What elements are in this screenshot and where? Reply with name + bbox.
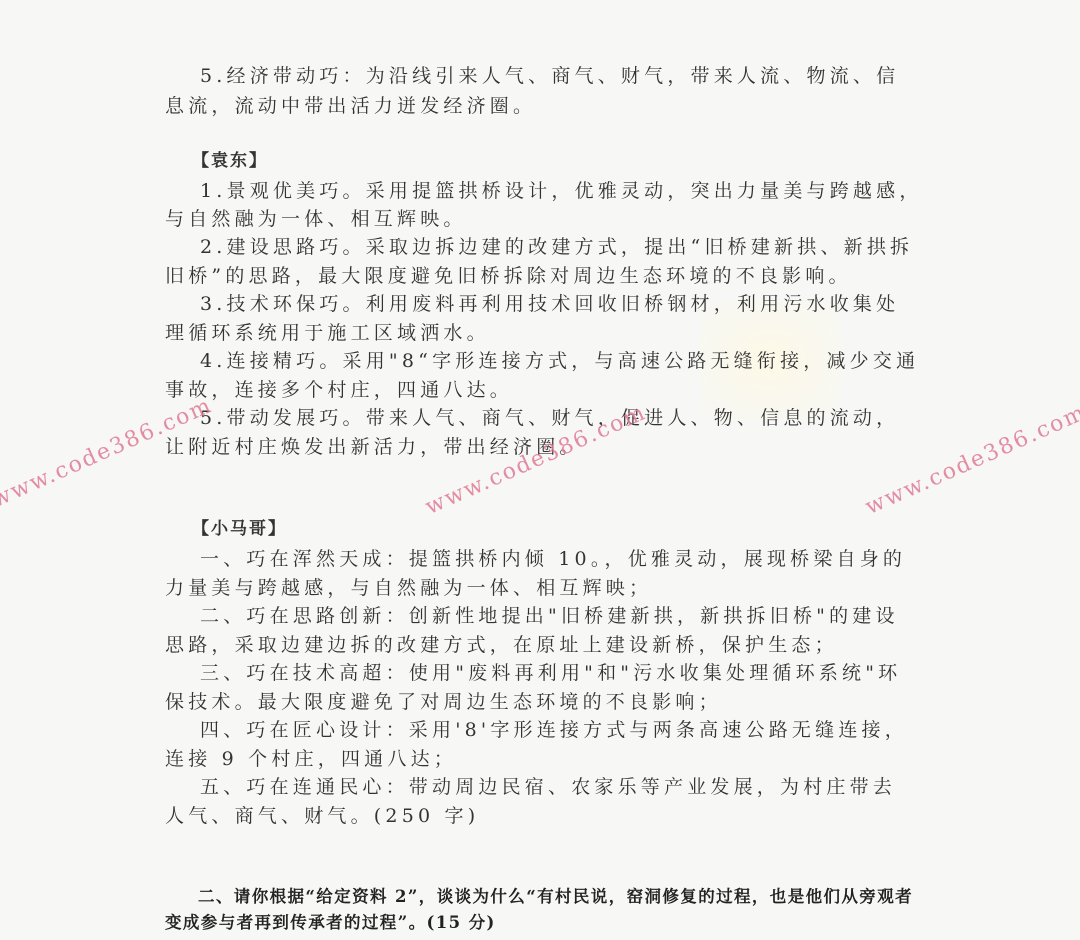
xiaomage-line: 力量美与跨越感，与自然融为一体、相互辉映； [165,575,652,601]
xiaomage-line: 四、巧在匠心设计：采用'8'字形连接方式与两条高速公路无缝连接， [200,717,908,743]
xiaomage-heading: 【小马哥】 [192,516,287,542]
yuandong-line: 理循环系统用于施工区域洒水。 [165,320,490,346]
xiaomage-line: 一、巧在浑然天成：提篮拱桥内倾 10。，优雅灵动，展现桥梁自身的 [200,546,906,572]
xiaomage-line: 保技术。最大限度避免了对周边生态环境的不良影响； [165,689,722,715]
xiaomage-line: 人气、商气、财气。(250 字) [165,803,479,829]
question-line2: 变成参与者再到传承者的过程”。(15 分) [165,910,496,936]
prev-item5-line2: 息流，流动中带出活力迸发经济圈。 [165,93,536,119]
yuandong-line: 1.景观优美巧。采用提篮拱桥设计，优雅灵动，突出力量美与跨越感， [200,178,923,204]
yuandong-line: 3.技术环保巧。利用废料再利用技术回收旧桥钢材，利用污水收集处 [200,291,899,317]
xiaomage-line: 连接 9 个村庄，四通八达； [165,746,457,772]
yuandong-line: 4.连接精巧。采用"8“字形连接方式，与高速公路无缝衔接，减少交通 [200,348,919,374]
yuandong-line: 2.建设思路巧。采取边拆边建的改建方式，提出“旧桥建新拱、新拱拆 [200,234,913,260]
yuandong-line: 事故，连接多个村庄，四通八达。 [165,377,513,403]
question-line1: 二、请你根据“给定资料 2”，谈谈为什么“有村民说，窑洞修复的过程，也是他们从旁… [198,884,913,910]
yuandong-line: 旧桥”的思路，最大限度避免旧桥拆除对周边生态环境的不良影响。 [165,263,852,289]
xiaomage-line: 思路，采取边建边拆的改建方式，在原址上建设新桥，保护生态； [165,632,838,658]
xiaomage-line: 五、巧在连通民心：带动周边民宿、农家乐等产业发展，为村庄带去 [200,774,896,800]
yuandong-line: 5.带动发展巧。带来人气、商气、财气，促进人、物、信息的流动， [200,405,899,431]
document-page: 5.经济带动巧：为沿线引来人气、商气、财气，带来人流、物流、信 息流，流动中带出… [0,0,1080,940]
xiaomage-line: 二、巧在思路创新：创新性地提出"旧桥建新拱，新拱拆旧桥"的建设 [200,603,899,629]
yuandong-line: 与自然融为一体、相互辉映。 [165,206,467,232]
prev-item5-line1: 5.经济带动巧：为沿线引来人气、商气、财气，带来人流、物流、信 [200,63,899,89]
xiaomage-line: 三、巧在技术高超：使用"废料再利用"和"污水收集处理循环系统"环 [200,660,901,686]
yuandong-heading: 【袁东】 [192,148,268,174]
